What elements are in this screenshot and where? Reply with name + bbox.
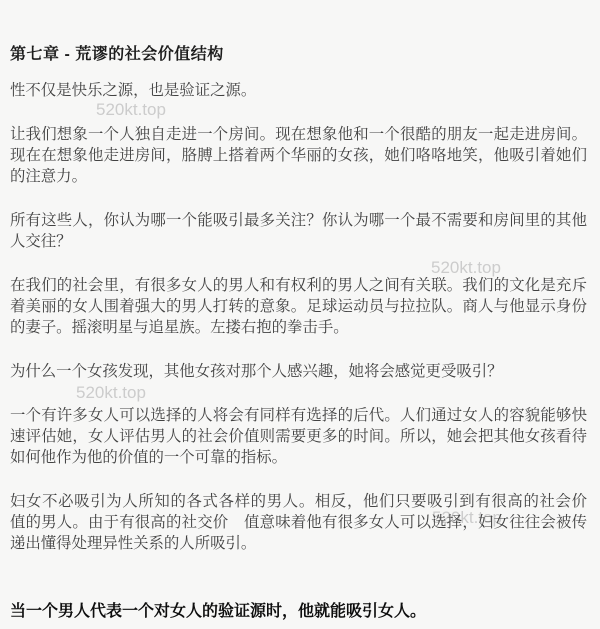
paragraph: 让我们想象一个人独自走进一个房间。现在想象他和一个很酷的朋友一起走进房间。现在在… [10,124,587,187]
paragraph: 在我们的社会里，有很多女人的男人和有权利的男人之间有关联。我们的文化是充斥着美丽… [10,275,587,338]
paragraph: 性不仅是快乐之源，也是验证之源。 [10,80,587,101]
paragraph: 为什么一个女孩发现，其他女孩对那个人感兴趣，她将会感觉更受吸引？ [10,361,587,382]
paragraph: 所有这些人，你认为哪一个能吸引最多关注？你认为哪一个最不需要和房间里的其他人交往… [10,210,587,252]
page-content: 第七章 - 荒谬的社会价值结构 性不仅是快乐之源，也是验证之源。 让我们想象一个… [0,0,600,622]
document-page: 520kt.top 520kt.top 520kt.top 520kt.top … [0,0,600,629]
paragraph: 妇女不必吸引为人所知的各式各样的男人。相反，他们只要吸引到有很高的社会价 值的男… [10,491,587,554]
paragraph: 一个有许多女人可以选择的人将会有同样有选择的后代。人们通过女人的容貌能够快速评估… [10,405,587,468]
key-statement: 当一个男人代表一个对女人的验证源时，他就能吸引女人。 [10,601,587,622]
chapter-title: 第七章 - 荒谬的社会价值结构 [10,44,587,65]
